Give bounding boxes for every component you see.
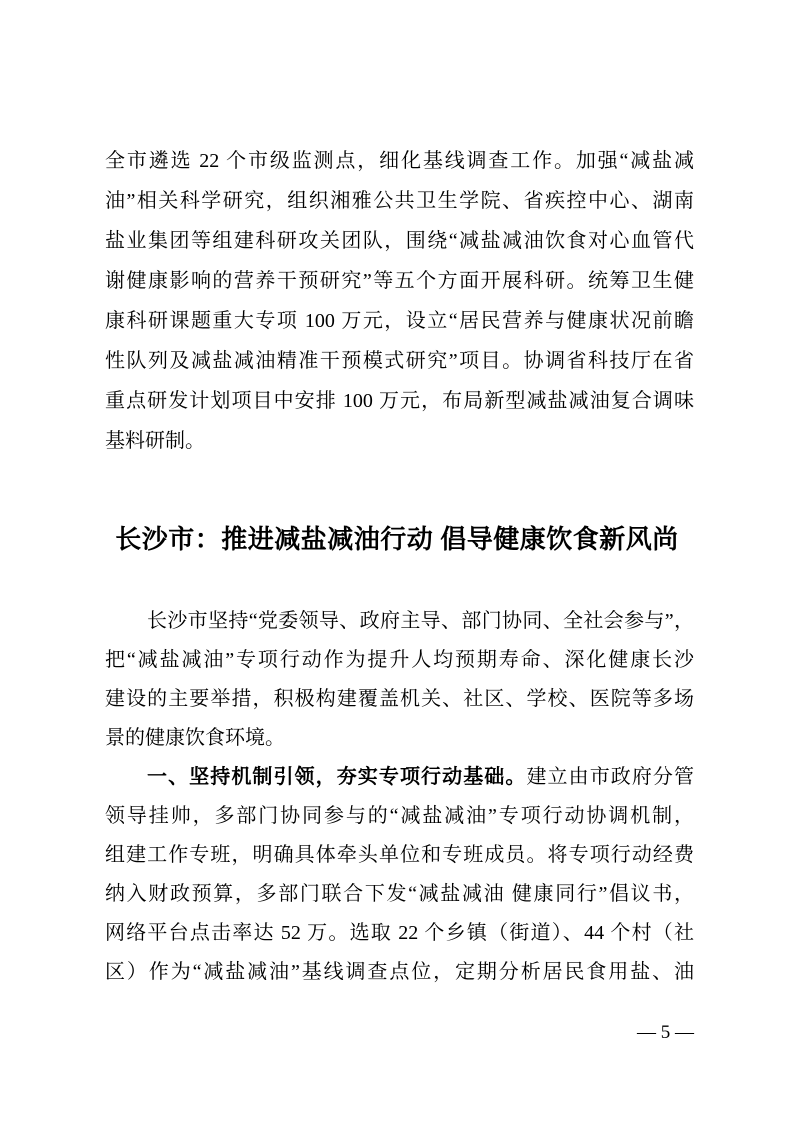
para3-line-1: 一、坚持机制引领，夯实专项行动基础。建立由市政府分管 [105,758,694,797]
para3-line-2: 领导挂帅，多部门协同参与的“减盐减油”专项行动协调机制， [105,797,694,836]
para1-line-2: 油”相关科学研究，组织湘雅公共卫生学院、省疾控中心、湖南 [105,181,694,221]
document-page: 全市遴选 22 个市级监测点，细化基线调查工作。加强“减盐减 油”相关科学研究，… [0,0,794,1123]
para2-line-4: 景的健康饮食环境。 [105,719,694,758]
para1-line-8: 基料研制。 [105,421,694,461]
para1-line-1: 全市遴选 22 个市级监测点，细化基线调查工作。加强“减盐减 [105,141,694,181]
para1-line-6: 性队列及减盐减油精准干预模式研究”项目。协调省科技厅在省 [105,341,694,381]
para3-bold-lead: 一、坚持机制引领，夯实专项行动基础。 [147,766,526,788]
para2-line-2: 把“减盐减油”专项行动作为提升人均预期寿命、深化健康长沙 [105,641,694,680]
para3-line-4: 纳入财政预算，多部门联合下发“减盐减油 健康同行”倡议书， [105,875,694,914]
article-body: 长沙市坚持“党委领导、政府主导、部门协同、全社会参与”， 把“减盐减油”专项行动… [105,602,694,992]
para2-line-3: 建设的主要举措，积极构建覆盖机关、社区、学校、医院等多场 [105,680,694,719]
para3-line-5: 网络平台点击率达 52 万。选取 22 个乡镇（街道）、44 个村（社 [105,914,694,953]
para3-line-3: 组建工作专班，明确具体牵头单位和专班成员。将专项行动经费 [105,836,694,875]
page-number: — 5 — [0,1020,794,1046]
para2-line-1: 长沙市坚持“党委领导、政府主导、部门协同、全社会参与”， [105,602,694,641]
paragraph-1: 全市遴选 22 个市级监测点，细化基线调查工作。加强“减盐减 油”相关科学研究，… [105,141,694,461]
para1-line-7: 重点研发计划项目中安排 100 万元，布局新型减盐减油复合调味 [105,381,694,421]
para3-line-1-rest: 建立由市政府分管 [526,766,694,788]
para3-line-6: 区）作为“减盐减油”基线调查点位，定期分析居民食用盐、油 [105,953,694,992]
article-title: 长沙市：推进减盐减油行动 倡导健康饮食新风尚 [0,517,794,563]
para1-line-3: 盐业集团等组建科研攻关团队，围绕“减盐减油饮食对心血管代 [105,221,694,261]
para1-line-5: 康科研课题重大专项 100 万元，设立“居民营养与健康状况前瞻 [105,301,694,341]
para1-line-4: 谢健康影响的营养干预研究”等五个方面开展科研。统筹卫生健 [105,261,694,301]
